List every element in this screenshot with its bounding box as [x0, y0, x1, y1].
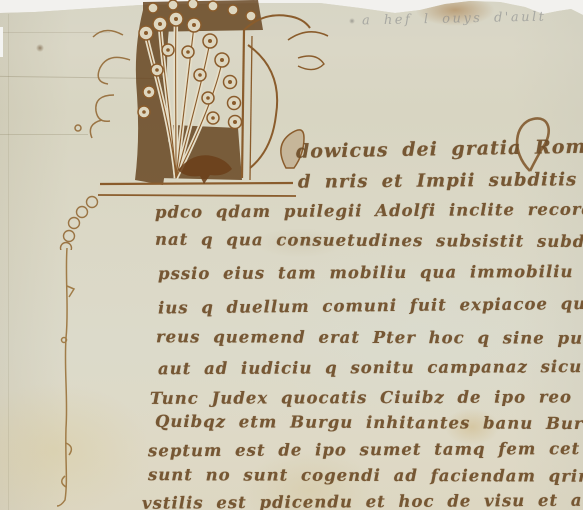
manuscript-text-line: reus quemend erat Pter hoc q sine pulsa	[156, 327, 583, 348]
manuscript-text-line: nat q qua consuetudines subsistit subdin…	[155, 230, 583, 251]
manuscript-text-line: Quibqz etm Burgu inhitantes banu Burgi	[155, 412, 583, 433]
manuscript-text-line: aut ad iudiciu q sonitu campanaz sicut d…	[158, 357, 583, 378]
initial-base-bar	[98, 183, 296, 196]
margin-flourish	[55, 248, 81, 510]
initial-left-flourishes	[75, 30, 130, 138]
manuscript-text-line: Tunc Judex quocatis Ciuibz de ipo reo si…	[150, 387, 583, 408]
manuscript-text-line: d nris et Impii subditis et fideli	[298, 168, 583, 192]
manuscript-text-line: sunt no sunt cogendi ad faciendam qrimon…	[148, 465, 583, 486]
manuscript-text-line: pdco qdam puilegii Adolfi inclite record…	[155, 199, 583, 221]
fold-crease-vertical	[8, 14, 9, 510]
initial-scallop-chain	[61, 197, 98, 251]
manuscript-text-line: pssio eius tam mobiliu qua immobiliu an	[158, 262, 583, 283]
parchment-edge-gap	[0, 27, 3, 57]
manuscript-photo: a hef l ouys d'ault	[0, 0, 583, 510]
manuscript-text-line: vstilis est pdicendu et hoc de visu et a…	[142, 490, 583, 510]
manuscript-text-line: septum est de ipo sumet tamq fem cet in …	[148, 439, 583, 461]
